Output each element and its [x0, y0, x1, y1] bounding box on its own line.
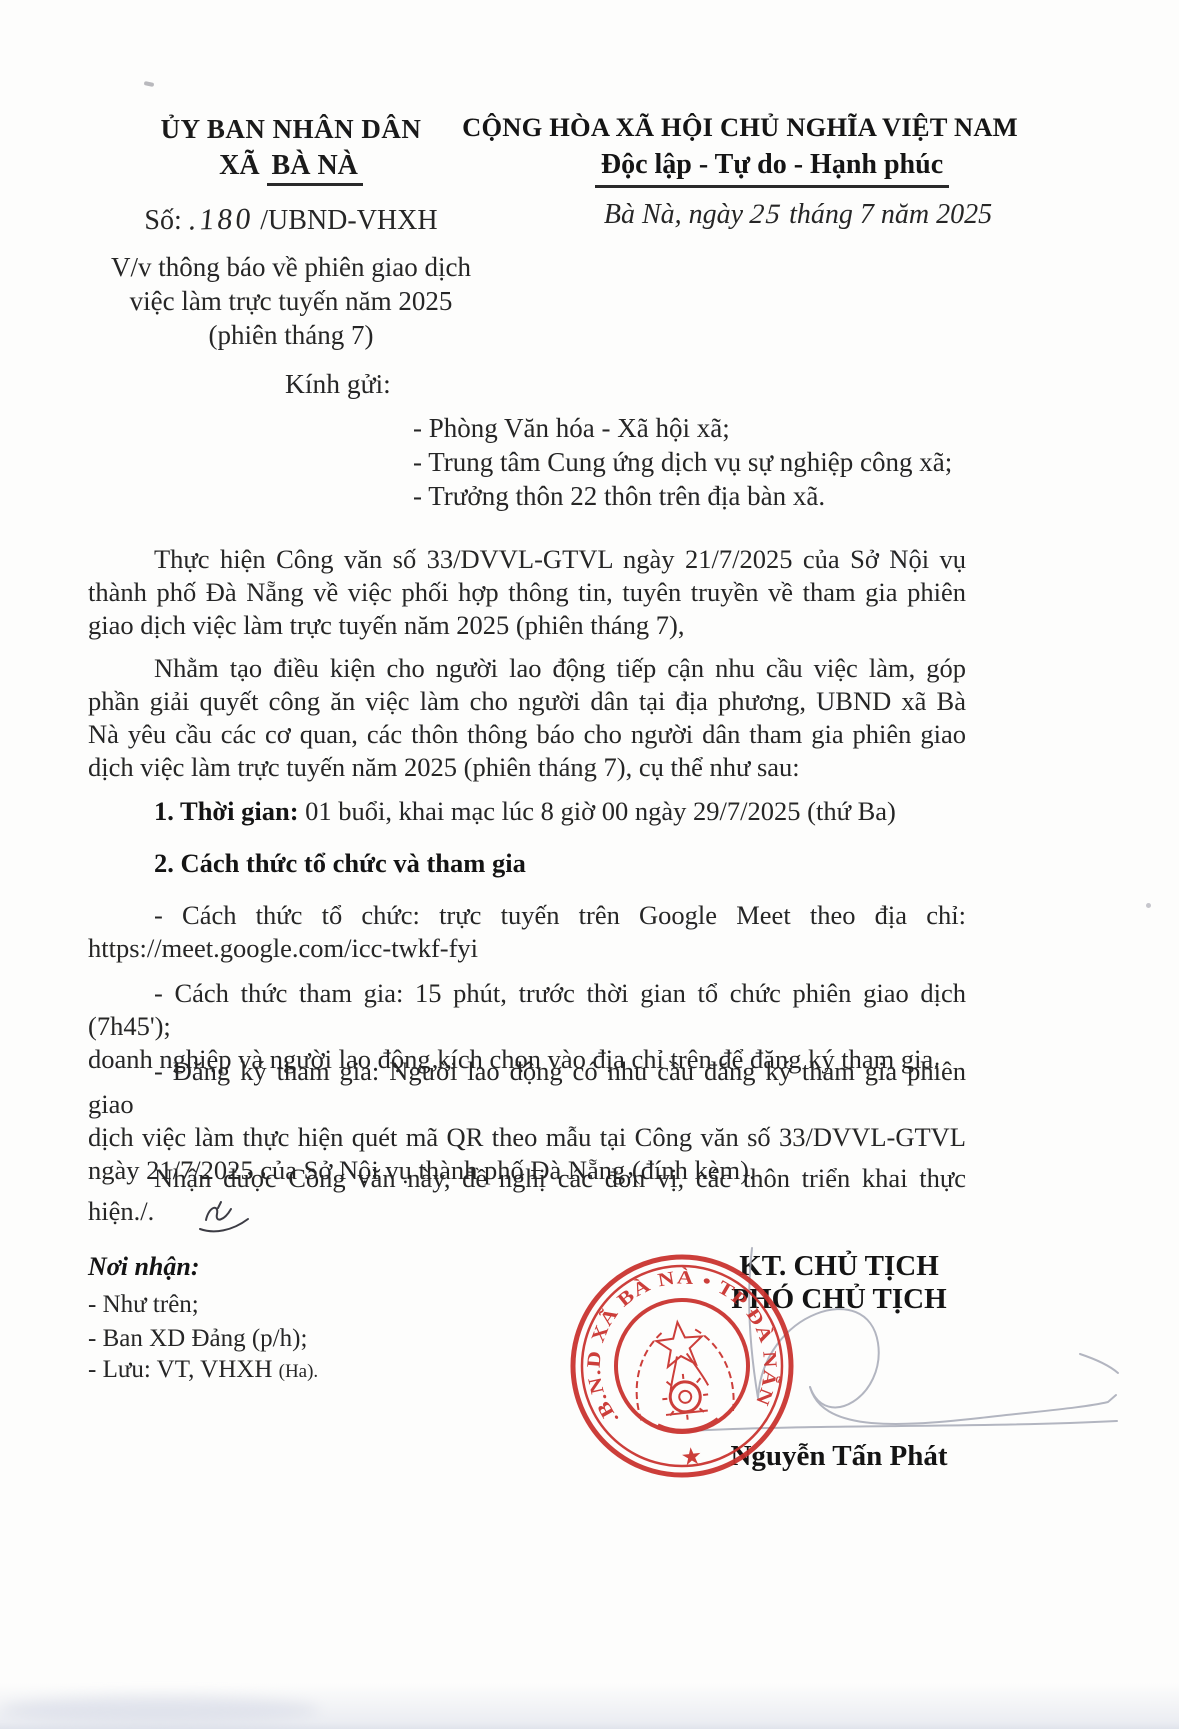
text-line: - Trung tâm Cung ứng dịch vụ sự nghiệp c…	[413, 445, 973, 479]
section-method-heading: 2. Cách thức tổ chức và tham gia	[88, 847, 966, 880]
clerk-initials: (Ha).	[279, 1361, 319, 1382]
distribution-items: - Như trên;- Ban XD Đảng (p/h);	[88, 1288, 508, 1356]
text-line: - Đăng ký tham gia: Người lao động có nh…	[88, 1055, 966, 1121]
text-line: - Phòng Văn hóa - Xã hội xã;	[413, 411, 973, 445]
text-line: V/v thông báo về phiên giao dịch	[95, 250, 487, 284]
national-motto: Độc lập - Tự do - Hạnh phúc	[462, 149, 1018, 188]
recipient-list: - Phòng Văn hóa - Xã hội xã;- Trung tâm …	[413, 411, 973, 513]
section-time-label: 1. Thời gian:	[154, 796, 299, 826]
section-time: 1. Thời gian: 01 buổi, khai mạc lúc 8 gi…	[88, 795, 966, 828]
text-line: thành phố Đà Nẵng về việc phối hợp thông…	[88, 576, 966, 609]
scan-shadow-band	[0, 1683, 1179, 1729]
national-header-block: CỘNG HÒA XÃ HỘI CHỦ NGHĨA VIỆT NAM Độc l…	[462, 112, 1018, 231]
paragraph-basis: Thực hiện Công văn số 33/DVVL-GTVL ngày …	[88, 543, 966, 642]
text-line: dịch việc làm thực hiện quét mã QR theo …	[88, 1121, 966, 1154]
stamp-ring-text: U.B.N.D XÃ BÀ NÀ • TP ĐÀ NẴNG	[566, 1250, 785, 1433]
stamp-bottom-star-icon: ★	[680, 1443, 704, 1471]
distribution-list: Nơi nhận: - Như trên;- Ban XD Đảng (p/h)…	[88, 1252, 508, 1385]
svg-text:U.B.N.D XÃ BÀ NÀ • TP ĐÀ NẴNG: U.B.N.D XÃ BÀ NÀ • TP ĐÀ NẴNG	[566, 1250, 785, 1433]
distribution-last-item: - Lưu: VT, VHXH (Ha).	[88, 1356, 508, 1385]
text-line: Thực hiện Công văn số 33/DVVL-GTVL ngày …	[88, 543, 966, 576]
text-line: (phiên tháng 7)	[95, 318, 487, 352]
text-line: Nà yêu cầu các cơ quan, các thôn thông b…	[88, 718, 966, 751]
document-number-suffix: /UBND-VHXH	[260, 205, 437, 236]
text-line: việc làm trực tuyến năm 2025	[95, 284, 487, 318]
text-line: Nhận được Công văn này, đề nghị các đơn …	[88, 1162, 966, 1195]
document-number-label: Số:	[144, 205, 181, 236]
text-line: - Cách thức tổ chức: trực tuyến trên Goo…	[88, 899, 966, 932]
issuing-authority-block: ỦY BAN NHÂN DÂN XÃ BÀ NÀ Số: .180 /UBND-…	[95, 114, 487, 352]
scanned-official-letter: ỦY BAN NHÂN DÂN XÃ BÀ NÀ Số: .180 /UBND-…	[0, 0, 1179, 1729]
text-line: - Ban XD Đảng (p/h);	[88, 1322, 508, 1356]
salutation: Kính gửi:	[285, 368, 391, 400]
section-time-text: 01 buổi, khai mạc lúc 8 giờ 00 ngày 29/7…	[299, 796, 896, 826]
text-line: - Trưởng thôn 22 thôn trên địa bàn xã.	[413, 479, 973, 513]
document-subject: V/v thông báo về phiên giao dịchviệc làm…	[95, 250, 487, 352]
national-title: CỘNG HÒA XÃ HỘI CHỦ NGHĨA VIỆT NAM	[462, 112, 1018, 143]
document-number-line: Số: .180 /UBND-VHXH	[95, 203, 487, 237]
text-line: https://meet.google.com/icc-twkf-fyi	[88, 932, 966, 965]
text-line: giao dịch việc làm trực tuyến năm 2025 (…	[88, 609, 966, 642]
distribution-label: Nơi nhận:	[88, 1252, 508, 1282]
text-line: phần giải quyết công ăn việc làm cho ngư…	[88, 685, 966, 718]
issuing-authority-name: ỦY BAN NHÂN DÂN	[95, 114, 487, 145]
text-line: dịch việc làm trực tuyến năm 2025 (phiên…	[88, 751, 966, 784]
text-line: - Như trên;	[88, 1288, 508, 1322]
bullet-organize: - Cách thức tổ chức: trực tuyến trên Goo…	[88, 899, 966, 965]
place-date-line: Bà Nà, ngày 25 tháng 7 năm 2025	[462, 199, 1018, 231]
issuing-commune-name: XÃ BÀ NÀ	[95, 150, 487, 186]
document-number-handwritten: .180	[187, 202, 255, 237]
commune-name-underlined: BÀ NÀ	[267, 150, 363, 186]
scan-speck	[144, 81, 155, 87]
scan-speck	[1146, 903, 1151, 908]
official-red-stamp: U.B.N.D XÃ BÀ NÀ • TP ĐÀ NẴNG ★	[566, 1250, 798, 1482]
paragraph-purpose: Nhằm tạo điều kiện cho người lao động ti…	[88, 652, 966, 784]
text-line: Nhằm tạo điều kiện cho người lao động ti…	[88, 652, 966, 685]
text-line: - Cách thức tham gia: 15 phút, trước thờ…	[88, 977, 966, 1043]
handwritten-initial-mark	[196, 1198, 256, 1238]
date-day-handwritten: 25	[748, 199, 783, 231]
